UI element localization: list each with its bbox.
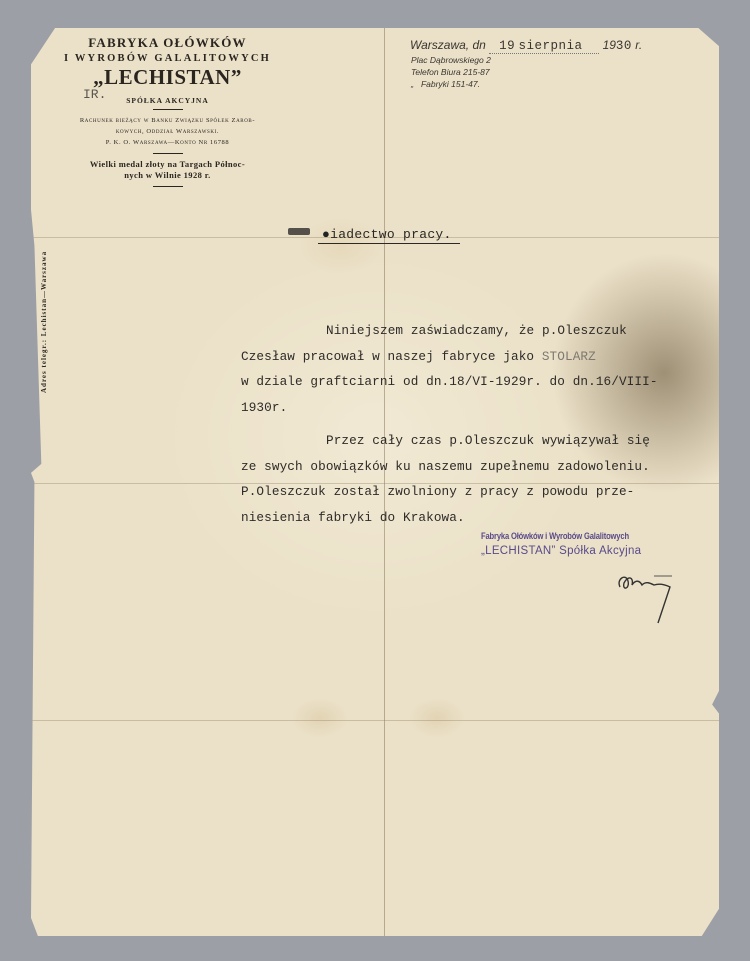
company-name: „LECHISTAN” bbox=[30, 65, 305, 90]
divider bbox=[153, 109, 183, 110]
document-body: Niniejszem zaświadczamy, że p.Oleszczuk … bbox=[241, 318, 701, 530]
divider bbox=[153, 186, 183, 187]
company-type: SPÓŁKA AKCYJNA bbox=[126, 96, 209, 105]
year-end: r. bbox=[635, 38, 642, 52]
address: Plac Dąbrowskiego 2 bbox=[411, 54, 700, 66]
phone-factory: „ Fabryki 151-47. bbox=[411, 78, 700, 90]
body-line: Przez cały czas p.Oleszczuk wywiązywał s… bbox=[241, 428, 701, 454]
company-line-1: FABRYKA OŁÓWKÓW bbox=[30, 35, 305, 51]
document-title: ●iadectwo pracy. bbox=[318, 227, 460, 244]
bank-line-1: Rachunek bieżący w Banku Związku Spółek … bbox=[30, 115, 305, 126]
stamp-line-2: „LECHISTAN” Spółka Akcyjna bbox=[481, 545, 666, 557]
signature bbox=[614, 565, 674, 635]
ink-blot bbox=[288, 228, 310, 235]
reference-mark: IR. bbox=[83, 87, 106, 102]
bank-line-3: P. K. O. Warszawa—Konto Nr 16788 bbox=[30, 137, 305, 148]
divider bbox=[153, 153, 183, 154]
date-day: 19 bbox=[499, 39, 515, 53]
body-line: 1930r. bbox=[241, 395, 701, 421]
medal-line-2: nych w Wilnie 1928 r. bbox=[30, 170, 305, 181]
body-line: Niniejszem zaświadczamy, że p.Oleszczuk bbox=[241, 318, 701, 344]
date-block: Warszawa, dn 19 sierpnia 1930 r. Plac Dą… bbox=[410, 38, 700, 90]
letterhead: FABRYKA OŁÓWKÓW I WYROBÓW GALALITOWYCH „… bbox=[30, 35, 305, 192]
phone-office: Telefon Biura 215-87 bbox=[411, 66, 700, 78]
occupation: STOLARZ bbox=[542, 349, 596, 364]
body-line: ze swych obowiązków ku naszemu zupełnemu… bbox=[241, 454, 701, 480]
date-line: Warszawa, dn 19 sierpnia 1930 r. bbox=[410, 38, 700, 54]
telegraph-address: Adres telegr.: Lechistan—Warszawa bbox=[40, 251, 48, 393]
body-line: niesienia fabryki do Krakowa. bbox=[241, 505, 701, 531]
body-line: Czesław pracował w naszej fabryce jako S… bbox=[241, 344, 701, 370]
body-line: w dziale graftciarni od dn.18/VI-1929r. … bbox=[241, 369, 701, 395]
year-suffix: 30 bbox=[616, 39, 632, 53]
date-month: sierpnia bbox=[519, 39, 583, 53]
year-prefix: 19 bbox=[603, 38, 616, 52]
bank-line-2: kowych, Oddział Warszawski. bbox=[30, 126, 305, 137]
medal-line-1: Wielki medal złoty na Targach Północ- bbox=[30, 159, 305, 170]
place: Warszawa, dn bbox=[410, 38, 486, 52]
company-line-2: I WYROBÓW GALALITOWYCH bbox=[30, 53, 305, 64]
fold-line-horizontal bbox=[31, 720, 719, 721]
stamp-line-1: Fabryka Ołówków i Wyrobów Galalitowych bbox=[481, 531, 629, 542]
body-line: P.Oleszczuk został zwolniony z pracy z p… bbox=[241, 479, 701, 505]
company-stamp: Fabryka Ołówków i Wyrobów Galalitowych „… bbox=[481, 531, 666, 557]
